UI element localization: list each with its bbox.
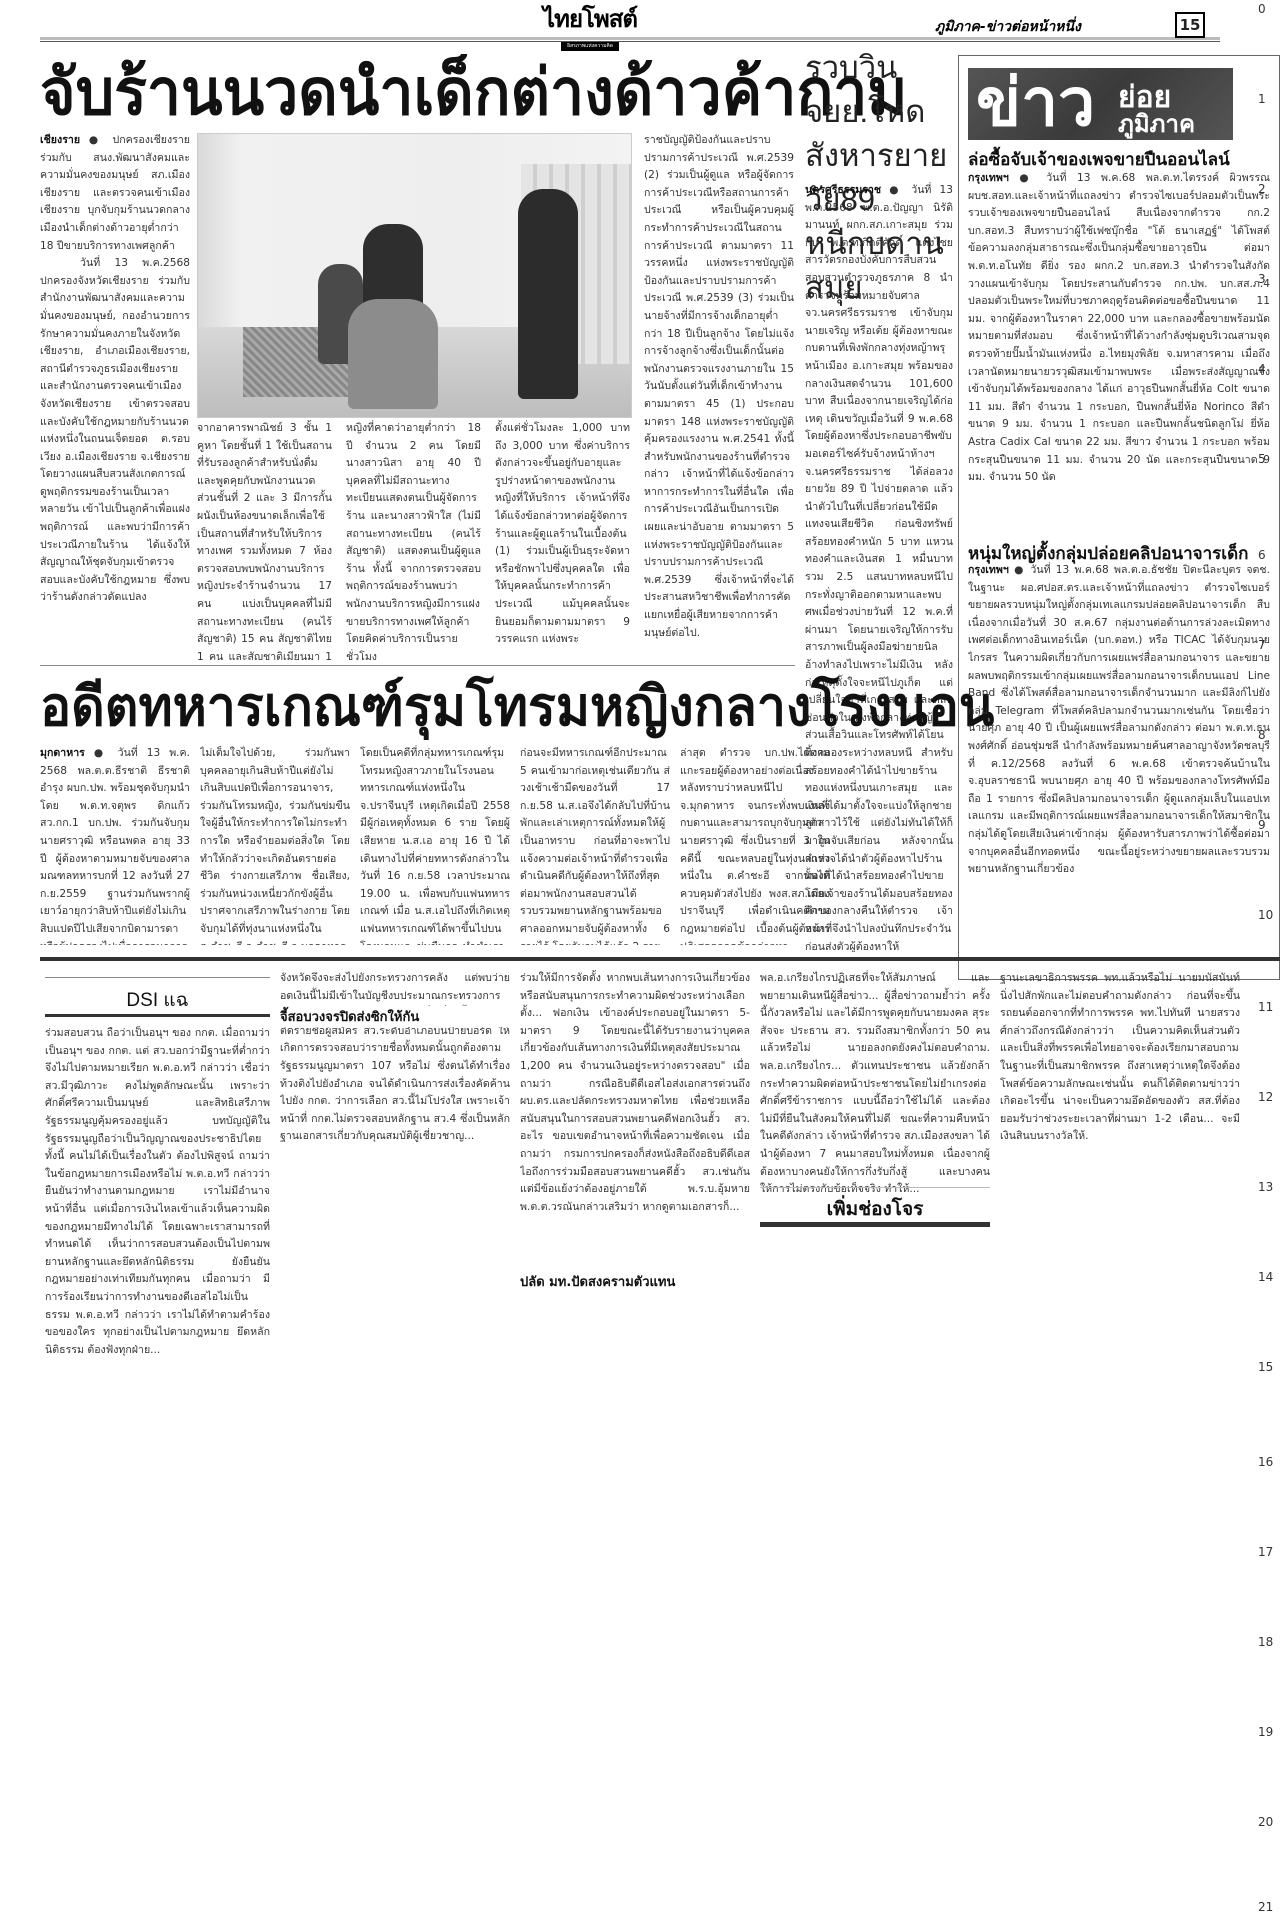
ruler-number: 17 — [1258, 1545, 1273, 1559]
column-title: DSI แฉ — [45, 985, 270, 1015]
story1-column-4: ตั้งแต่ชั่วโมงละ 1,000 บาท ถึง 3,000 บาท… — [495, 420, 630, 660]
page-number: 15 — [1175, 12, 1205, 38]
story1-headline: จับร้านนวดนำเด็กต่างด้าวค้ากาม — [40, 56, 762, 128]
ruler-number: 14 — [1258, 1270, 1273, 1284]
story3-top-rule — [40, 665, 795, 666]
story1-photo — [197, 133, 632, 418]
column-subhead-3: เพิ่มช่องโจร — [760, 1194, 990, 1224]
brief2-dateline: กรุงเทพฯ — [968, 564, 1009, 576]
story3-column-4: ก่อนจะมีทหารเกณฑ์อีกประมาณ 5 คนเข้ามาก่อ… — [520, 745, 670, 945]
regional-briefs-banner: ข่าว ย่อย ภูมิภาค — [968, 68, 1233, 140]
story1-col1-text: วันที่ 13 พ.ค.2568 ปกครองจังหวัดเชียงราย… — [40, 255, 190, 607]
story3-dateline: มุกดาหาร — [40, 747, 85, 759]
brief1-text: ● วันที่ 13 พ.ค.68 พล.ต.ท.ไตรรงค์ ผิวพรร… — [968, 172, 1270, 483]
header-rule-thin — [40, 41, 1220, 42]
column-text-2: จังหวัดจึงจะส่งไปยังกระทรวงการคลัง แต่พบ… — [280, 970, 510, 1915]
story3-column-5: ล่าสุด ตำรวจ บก.ปพ.ได้ตามแกะรอยผู้ต้องหา… — [680, 745, 830, 945]
column-text-5: ฐานะเลขาธิการพรรค พท.แล้วหรือไม่ นายมนัส… — [1000, 970, 1240, 1915]
story2-headline-line: รวบวินจยย.โหด — [805, 46, 965, 134]
column-text-3: ร่วมให้มีการจัดตั้ง หากพบเส้นทางการเงินเ… — [520, 970, 750, 1915]
masthead: ไทยโพสต์ อิสรภาพแห่งความคิด — [530, 6, 650, 46]
ruler-number: 0 — [1258, 2, 1266, 16]
brief1-dateline: กรุงเทพฯ — [968, 172, 1009, 184]
ruler-number: 21 — [1258, 1900, 1273, 1914]
section-label: ภูมิภาค-ข่าวต่อหน้าหนึ่ง — [935, 16, 1081, 38]
banner-subtitle-bottom: ภูมิภาค — [1118, 104, 1195, 140]
story1-column-5: ราชบัญญัติป้องกันและปราบปรามการค้าประเวณ… — [644, 132, 794, 662]
story1-lead: ● ปกครองเชียงรายร่วมกับ สนง.พัฒนาสังคมแล… — [40, 134, 190, 252]
story1-column-3: หญิงที่คาดว่าอายุต่ำกว่า 18 ปี จำนวน 2 ค… — [346, 420, 481, 660]
ruler-number: 18 — [1258, 1635, 1273, 1649]
section-divider — [40, 957, 1280, 961]
story1-column-2: จากอาคารพาณิชย์ 3 ชั้น 1 คูหา โดยชั้นที่… — [197, 420, 332, 660]
ruler-number: 15 — [1258, 1360, 1273, 1374]
column-subhead-2: ปลัด มท.ปัดสงครามตัวแทน — [520, 1271, 750, 1292]
column-title-rule — [45, 977, 270, 978]
brief2-text: ● วันที่ 13 พ.ค.68 พล.ต.อ.ธัชชัย ปิตะนีล… — [968, 564, 1270, 875]
story1-dateline: เชียงราย — [40, 134, 80, 146]
story3-col1-text: ● วันที่ 13 พ.ค. 2568 พล.ต.ต.ธีรชาติ ธีร… — [40, 747, 190, 945]
column-subhead-1: จี้สอบวงจรปิดส่งซิกให้กัน — [280, 1006, 510, 1027]
story3-column-3: โดยเป็นคดีที่กลุ่มทหารเกณฑ์รุมโทรมหญิงสา… — [360, 745, 510, 945]
column-text-1: ร่วมสอบสวน ถือว่าเป็นอนุฯ ของ กกต. เมื่อ… — [45, 1025, 270, 1915]
ruler-number: 13 — [1258, 1180, 1273, 1194]
ruler-number: 11 — [1258, 1000, 1273, 1014]
brief1-body: กรุงเทพฯ ● วันที่ 13 พ.ค.68 พล.ต.ท.ไตรรง… — [968, 170, 1270, 530]
ruler-number: 20 — [1258, 1815, 1273, 1829]
column-col2-intro: จังหวัดจึงจะส่งไปยังกระทรวงการคลัง แต่พบ… — [280, 972, 510, 1142]
ruler-number: 19 — [1258, 1725, 1273, 1739]
story3-headline: อดีตทหารเกณฑ์รุมโทรมหญิงกลางโรงนอน — [40, 675, 904, 739]
photo-figure — [348, 299, 438, 409]
banner-title: ข่าว — [976, 68, 1095, 140]
brief1-headline: ล่อซื้อจับเจ้าของเพจขายปืนออนไลน์ — [968, 146, 1230, 173]
brief2-body: กรุงเทพฯ ● วันที่ 13 พ.ค.68 พล.ต.อ.ธัชชั… — [968, 562, 1270, 970]
story2-dateline: นครศรีธรรมราช — [805, 184, 881, 196]
subhead-3-rule — [760, 1187, 990, 1188]
photo-figure — [518, 189, 578, 399]
column-text-4: พล.อ.เกรียงไกรปฏิเสธที่จะให้สัมภาษณ์ และ… — [760, 970, 990, 1915]
story3-column-1: มุกดาหาร ● วันที่ 13 พ.ค. 2568 พล.ต.ต.ธี… — [40, 745, 190, 945]
ruler-number: 12 — [1258, 1090, 1273, 1104]
masthead-logo: ไทยโพสต์ — [530, 6, 650, 32]
story3-column-2: ไม่เต็มใจไปด้วย, ร่วมกันพาบุคคลอายุเกินส… — [200, 745, 350, 945]
ruler-number: 16 — [1258, 1455, 1273, 1469]
column-title-underline — [45, 1014, 270, 1017]
story1-column-1: เชียงราย ● ปกครองเชียงรายร่วมกับ สนง.พัฒ… — [40, 132, 190, 662]
subhead-3-underline — [760, 1222, 990, 1227]
masthead-tagline: อิสรภาพแห่งความคิด — [561, 41, 619, 51]
